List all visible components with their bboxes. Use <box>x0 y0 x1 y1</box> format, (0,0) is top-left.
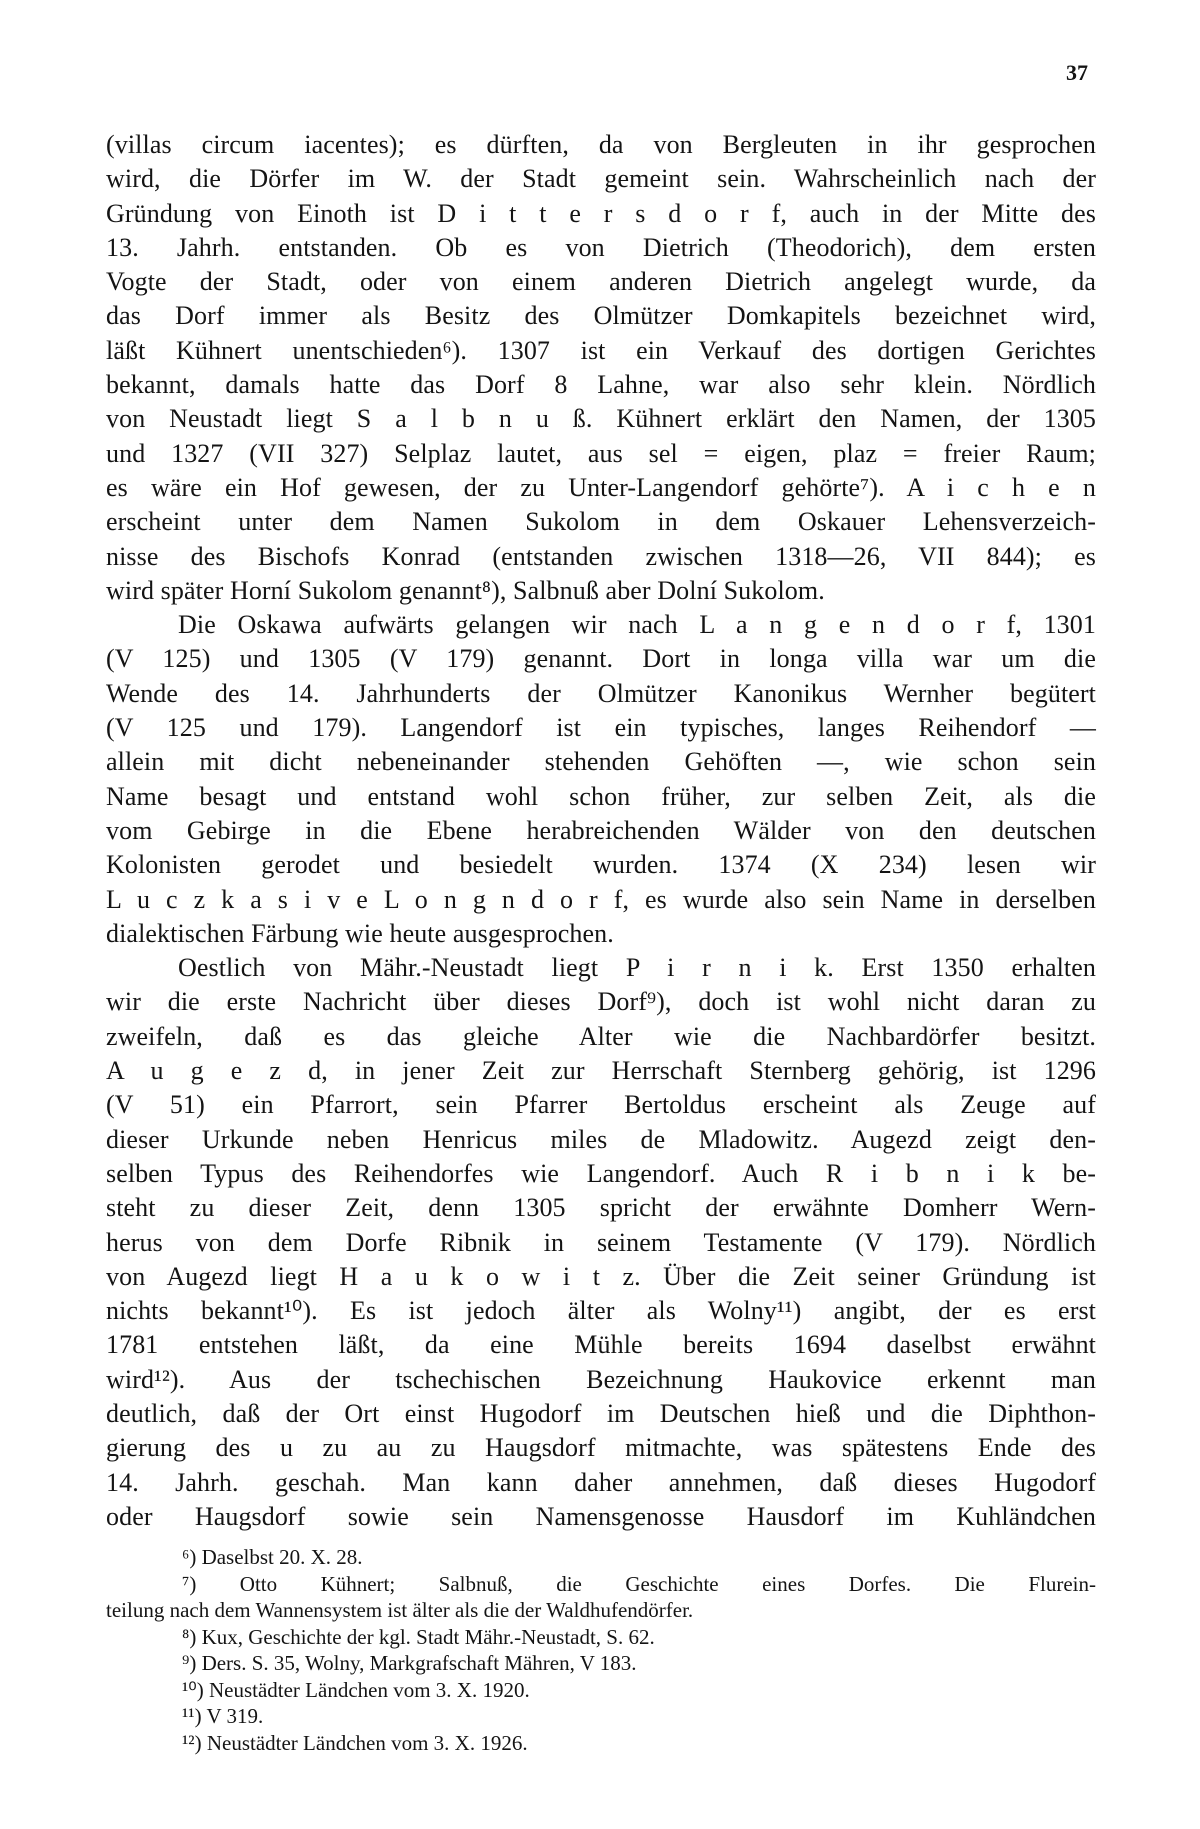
text-line: (villas circum iacentes); es dürften, da… <box>106 128 1096 162</box>
text-line: gierung des u zu au zu Haugsdorf mitmach… <box>106 1431 1096 1465</box>
text-line: Kolonisten gerodet und besiedelt wurden.… <box>106 848 1096 882</box>
paragraph-start-line: Oestlich von Mähr.-Neustadt liegt P i r … <box>106 951 1096 985</box>
text-line: (V 125) und 1305 (V 179) genannt. Dort i… <box>106 642 1096 676</box>
text-line: Gründung von Einoth ist D i t t e r s d … <box>106 197 1096 231</box>
footnote-11: ¹¹) V 319. <box>106 1703 1096 1730</box>
text-line: A u g e z d, in jener Zeit zur Herrschaf… <box>106 1054 1096 1088</box>
footnote-7-continued: teilung nach dem Wannensystem ist älter … <box>106 1597 1096 1624</box>
text-line: 1781 entstehen läßt, da eine Mühle berei… <box>106 1328 1096 1362</box>
text-line: Name besagt und entstand wohl schon früh… <box>106 780 1096 814</box>
text-line: es wäre ein Hof gewesen, der zu Unter-La… <box>106 471 1096 505</box>
text-line: (V 125 und 179). Langendorf ist ein typi… <box>106 711 1096 745</box>
text-line: steht zu dieser Zeit, denn 1305 spricht … <box>106 1191 1096 1225</box>
text-line: dialektischen Färbung wie heute ausgespr… <box>106 917 1096 951</box>
footnote-7: ⁷) Otto Kühnert; Salbnuß, die Geschichte… <box>106 1571 1096 1598</box>
footnote-6: ⁶) Daselbst 20. X. 28. <box>106 1544 1096 1571</box>
text-line: das Dorf immer als Besitz des Olmützer D… <box>106 299 1096 333</box>
text-line: und 1327 (VII 327) Selplaz lautet, aus s… <box>106 437 1096 471</box>
body-text: (villas circum iacentes); es dürften, da… <box>106 128 1096 1534</box>
footnote-8: ⁸) Kux, Geschichte der kgl. Stadt Mähr.-… <box>106 1624 1096 1651</box>
text-line: deutlich, daß der Ort einst Hugodorf im … <box>106 1397 1096 1431</box>
text-line: L u c z k a s i v e L o n g n d o r f, e… <box>106 883 1096 917</box>
footnote-10: ¹⁰) Neustädter Ländchen vom 3. X. 1920. <box>106 1677 1096 1704</box>
text-line: dieser Urkunde neben Henricus miles de M… <box>106 1123 1096 1157</box>
text-line: wird¹²). Aus der tschechischen Bezeichnu… <box>106 1363 1096 1397</box>
text-line: 13. Jahrh. entstanden. Ob es von Dietric… <box>106 231 1096 265</box>
text-line: nisse des Bischofs Konrad (entstanden zw… <box>106 540 1096 574</box>
text-line: zweifeln, daß es das gleiche Alter wie d… <box>106 1020 1096 1054</box>
text-line: wird, die Dörfer im W. der Stadt gemeint… <box>106 162 1096 196</box>
footnotes: ⁶) Daselbst 20. X. 28. ⁷) Otto Kühnert; … <box>106 1544 1096 1756</box>
text-line: Vogte der Stadt, oder von einem anderen … <box>106 265 1096 299</box>
text-line: von Augezd liegt H a u k o w i t z. Über… <box>106 1260 1096 1294</box>
text-line: bekannt, damals hatte das Dorf 8 Lahne, … <box>106 368 1096 402</box>
footnote-9: ⁹) Ders. S. 35, Wolny, Markgrafschaft Mä… <box>106 1650 1096 1677</box>
text-line: (V 51) ein Pfarrort, sein Pfarrer Bertol… <box>106 1088 1096 1122</box>
footnote-12: ¹²) Neustädter Ländchen vom 3. X. 1926. <box>106 1730 1096 1757</box>
page-number: 37 <box>1066 60 1088 86</box>
text-line: von Neustadt liegt S a l b n u ß. Kühner… <box>106 402 1096 436</box>
text-line: selben Typus des Reihendorfes wie Langen… <box>106 1157 1096 1191</box>
text-line: wird später Horní Sukolom genannt⁸), Sal… <box>106 574 1096 608</box>
text-line: oder Haugsdorf sowie sein Namensgenosse … <box>106 1500 1096 1534</box>
text-line: Wende des 14. Jahrhunderts der Olmützer … <box>106 677 1096 711</box>
text-line: nichts bekannt¹⁰). Es ist jedoch älter a… <box>106 1294 1096 1328</box>
paragraph-start-line: Die Oskawa aufwärts gelangen wir nach L … <box>106 608 1096 642</box>
text-line: läßt Kühnert unentschieden⁶). 1307 ist e… <box>106 334 1096 368</box>
text-line: herus von dem Dorfe Ribnik in seinem Tes… <box>106 1226 1096 1260</box>
text-line: allein mit dicht nebeneinander stehenden… <box>106 745 1096 779</box>
text-line: vom Gebirge in die Ebene herabreichenden… <box>106 814 1096 848</box>
text-line: erscheint unter dem Namen Sukolom in dem… <box>106 505 1096 539</box>
text-line: wir die erste Nachricht über dieses Dorf… <box>106 985 1096 1019</box>
text-line: 14. Jahrh. geschah. Man kann daher anneh… <box>106 1466 1096 1500</box>
